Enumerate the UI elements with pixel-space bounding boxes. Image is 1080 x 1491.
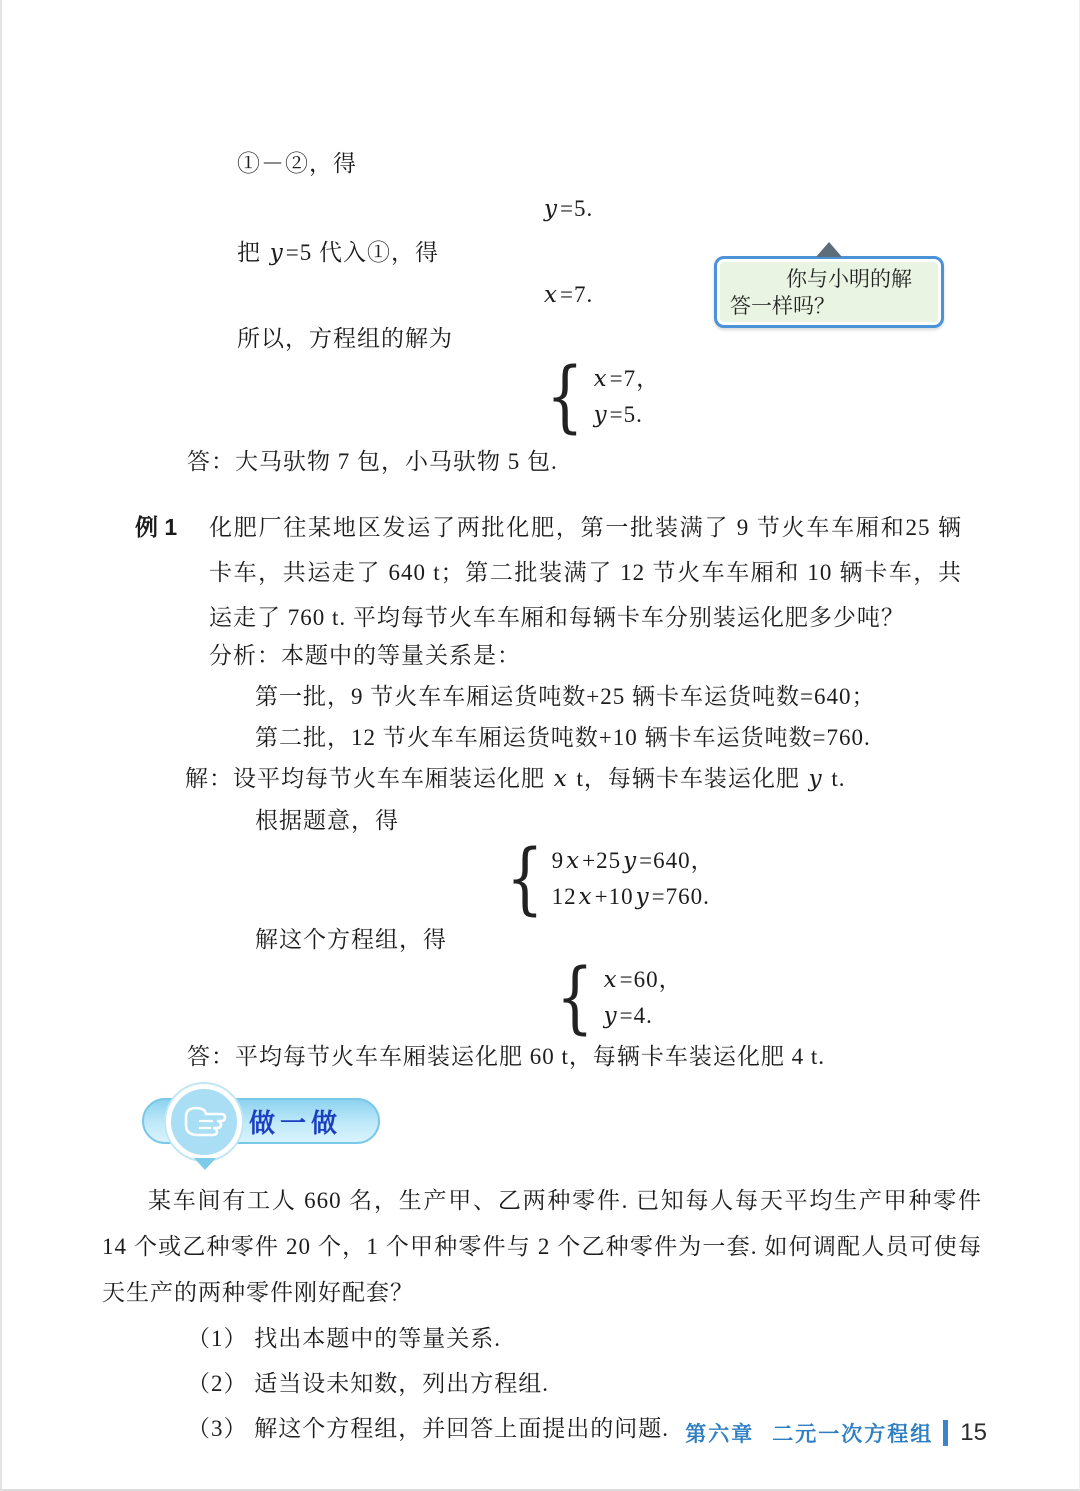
left-brace: {: [506, 842, 543, 916]
left-brace: {: [546, 360, 583, 434]
textbook-page: ①－②，得 y=5. 把 y=5 代入①，得 x=7. 所以，方程组的解为 { …: [0, 0, 1080, 1491]
solution-step-1: ①－②，得: [237, 150, 979, 177]
example-system-1: { 9x+25y=640， 12x+10y=760.: [500, 842, 979, 916]
activity-problem: 某车间有工人 660 名，生产甲、乙两种零件. 已知每人每天平均生产甲种零件 1…: [102, 1178, 982, 1316]
down-arrow-icon: [194, 1158, 216, 1170]
page-number: 15: [960, 1419, 987, 1447]
system-row: y=5.: [592, 397, 660, 433]
system-row: y=4.: [602, 998, 683, 1034]
equation-y-result: y=5.: [542, 195, 979, 223]
hand-icon: [179, 1101, 229, 1144]
callout-text-line-1: 你与小明的解: [730, 266, 928, 293]
relation-1: 第一批，9 节火车车厢运货吨数+25 辆卡车运货吨数=640；: [255, 683, 979, 710]
example-answer: 答：平均每节火车车厢装运化肥 60 t，每辆卡车装运化肥 4 t.: [187, 1043, 979, 1070]
solution-answer: 答：大马驮物 7 包，小马驮物 5 包.: [187, 448, 979, 475]
relation-2: 第二批，12 节火车车厢运货吨数+10 辆卡车运货吨数=760.: [255, 724, 979, 751]
solution-step-3: 所以，方程组的解为: [237, 325, 979, 352]
example-label: 例 1: [135, 505, 209, 640]
divider-bar: [943, 1420, 948, 1446]
example-system-2: { x=60， y=4.: [550, 961, 979, 1035]
margin-note-callout: 你与小明的解 答一样吗？: [714, 256, 944, 328]
badge-circle: [166, 1084, 242, 1160]
system-row: 12x+10y=760.: [552, 879, 715, 915]
system-row: x=60，: [602, 962, 683, 998]
example-body: 化肥厂往某地区发运了两批化肥，第一批装满了 9 节火车车厢和25 辆卡车，共运走…: [209, 505, 962, 640]
callout-text-line-2: 答一样吗？: [730, 293, 928, 320]
activity-item-1: （1） 找出本题中的等量关系.: [187, 1316, 979, 1361]
solve-step-2: 解这个方程组，得: [255, 926, 979, 953]
do-it-badge: 做一做: [142, 1092, 979, 1170]
system-row: 9x+25y=640，: [552, 843, 715, 879]
chapter-label: 第六章: [685, 1418, 754, 1448]
solve-intro: 解：设平均每节火车车厢装运化肥 x t，每辆卡车装运化肥 y t.: [185, 765, 979, 793]
activity-item-2: （2） 适当设未知数，列出方程组.: [187, 1361, 979, 1406]
badge-label: 做一做: [249, 1103, 342, 1140]
left-brace: {: [556, 961, 593, 1035]
solution-system: { x=7， y=5.: [540, 360, 979, 434]
up-caret-icon: [816, 242, 842, 257]
analysis-heading: 分析：本题中的等量关系是：: [209, 642, 979, 669]
setup-line: 根据题意，得: [255, 807, 979, 834]
system-row: x=7，: [592, 361, 660, 397]
example-1: 例 1 化肥厂往某地区发运了两批化肥，第一批装满了 9 节火车车厢和25 辆卡车…: [102, 505, 979, 640]
page-footer: 第六章 二元一次方程组 15: [685, 1418, 987, 1448]
chapter-title: 二元一次方程组: [772, 1418, 933, 1448]
